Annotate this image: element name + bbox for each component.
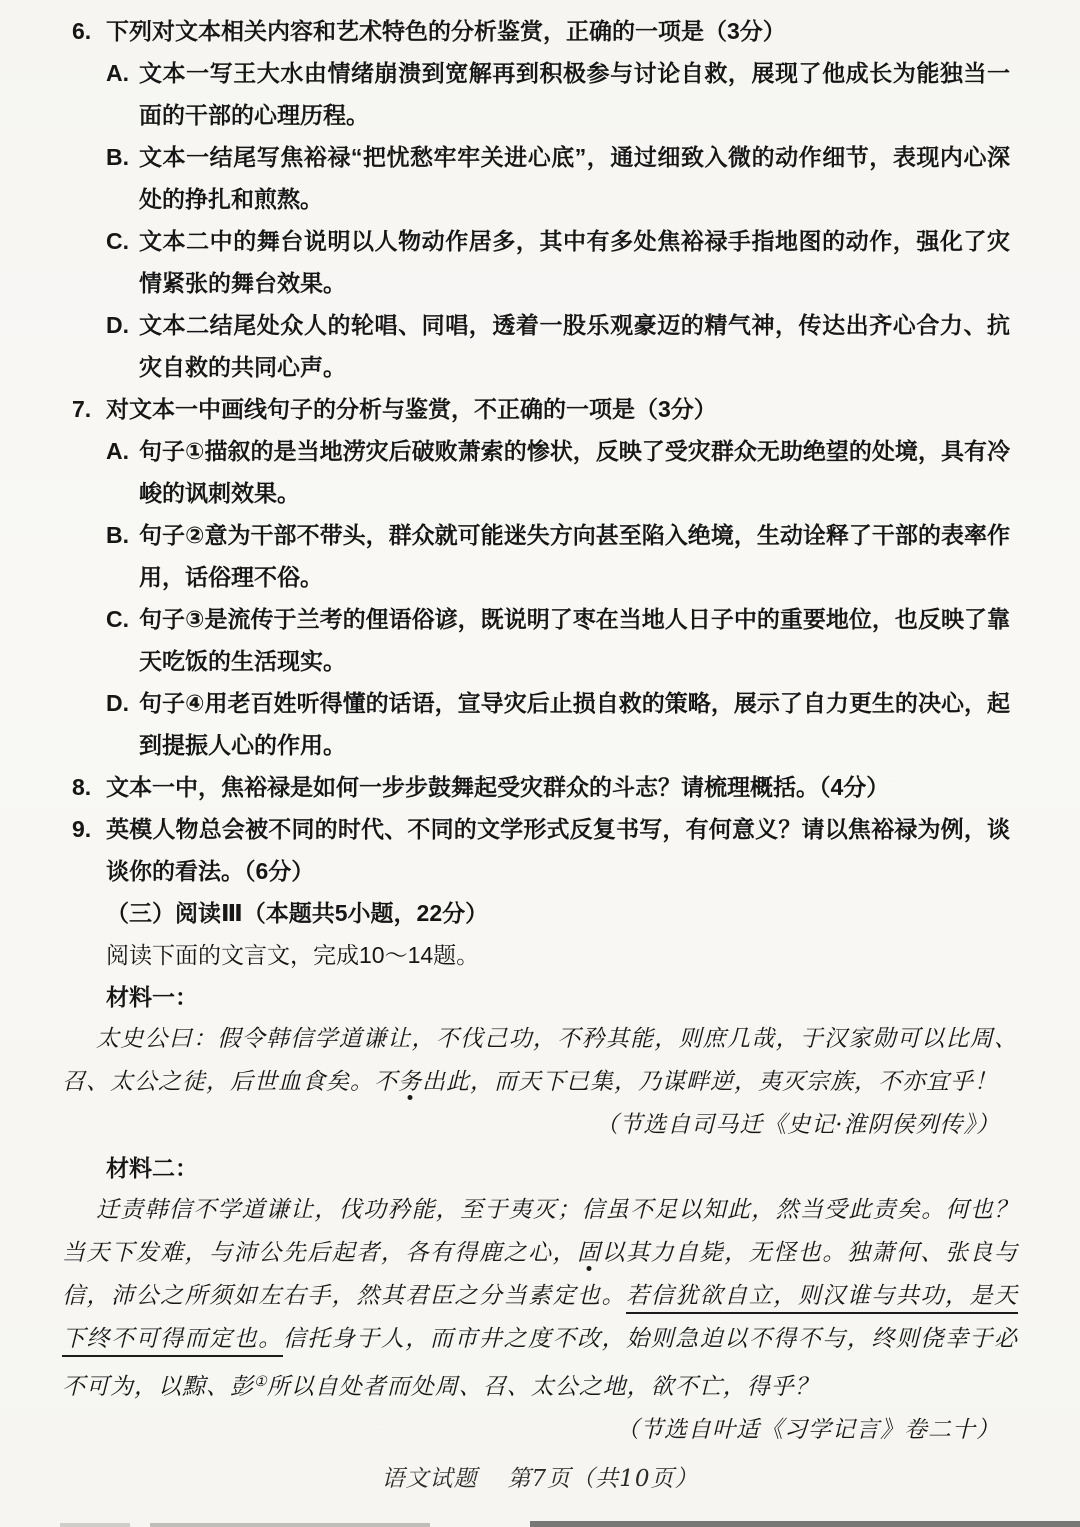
- question-7-number: 7.: [72, 388, 106, 430]
- question-6-stem-row: 6. 下列对文本相关内容和艺术特色的分析鉴赏，正确的一项是（3分）: [72, 10, 1010, 52]
- material-1-passage: 太史公曰：假令韩信学道谦让，不伐己功，不矜其能，则庶几哉，于汉家勋可以比周、召、…: [62, 1018, 1018, 1104]
- option-letter: A.: [106, 430, 139, 472]
- option-letter: A.: [106, 52, 139, 94]
- section-3-heading: （三）阅读Ⅲ（本题共5小题，22分）: [72, 892, 1010, 934]
- question-7-stem: 对文本一中画线句子的分析与鉴赏，不正确的一项是（3分）: [106, 388, 1010, 430]
- option-text: 句子③是流传于兰考的俚语俗谚，既说明了枣在当地人日子中的重要地位，也反映了靠天吃…: [139, 598, 1010, 682]
- footer-page-number: 第7页（共10页）: [508, 1466, 699, 1492]
- scan-edge-artifact: [60, 1523, 130, 1527]
- scan-edge-artifact: [530, 1521, 1080, 1527]
- question-7-option-a: A. 句子①描叙的是当地涝灾后破败萧索的惨状，反映了受灾群众无助绝望的处境，具有…: [72, 430, 1010, 514]
- option-letter: B.: [106, 514, 139, 556]
- question-9: 9. 英模人物总会被不同的时代、不同的文学形式反复书写，有何意义？请以焦裕禄为例…: [72, 808, 1010, 892]
- question-7-stem-row: 7. 对文本一中画线句子的分析与鉴赏，不正确的一项是（3分）: [72, 388, 1010, 430]
- option-text: 文本一结尾写焦裕禄“把忧愁牢牢关进心底”，通过细致入微的动作细节，表现内心深处的…: [139, 136, 1010, 220]
- question-6: 6. 下列对文本相关内容和艺术特色的分析鉴赏，正确的一项是（3分） A. 文本一…: [72, 10, 1010, 388]
- question-6-option-b: B. 文本一结尾写焦裕禄“把忧愁牢牢关进心底”，通过细致入微的动作细节，表现内心…: [72, 136, 1010, 220]
- question-6-stem: 下列对文本相关内容和艺术特色的分析鉴赏，正确的一项是（3分）: [106, 10, 1010, 52]
- question-6-option-c: C. 文本二中的舞台说明以人物动作居多，其中有多处焦裕禄手指地图的动作，强化了灾…: [72, 220, 1010, 304]
- reading-instruction: 阅读下面的文言文，完成10～14题。: [72, 934, 1010, 976]
- material-2-source: （节选自叶适《习学记言》卷二十）: [62, 1409, 1018, 1452]
- question-8-stem-row: 8. 文本一中，焦裕禄是如何一步步鼓舞起受灾群众的斗志？请梳理概括。（4分）: [72, 766, 1010, 808]
- option-text: 文本一写王大水由情绪崩溃到宽解再到积极参与讨论自救，展现了他成长为能独当一面的干…: [139, 52, 1010, 136]
- question-9-number: 9.: [72, 808, 106, 850]
- scan-edge-artifact: [150, 1523, 430, 1527]
- option-text: 句子④用老百姓听得懂的话语，宣导灾后止损自救的策略，展示了自力更生的决心，起到提…: [139, 682, 1010, 766]
- question-7-option-b: B. 句子②意为干部不带头，群众就可能迷失方向甚至陷入绝境，生动诠释了干部的表率…: [72, 514, 1010, 598]
- footer-subject: 语文试题: [382, 1466, 478, 1492]
- page-footer: 语文试题第7页（共10页）: [0, 1460, 1080, 1493]
- material-2-label: 材料二：: [72, 1147, 1010, 1189]
- material-2-passage: 迁责韩信不学道谦让，伐功矜能，至于夷灭；信虽不足以知此，然当受此责矣。何也？当天…: [62, 1189, 1018, 1409]
- material-1-source: （节选自司马迁《史记·淮阴侯列传》）: [62, 1104, 1018, 1147]
- question-6-option-a: A. 文本一写王大水由情绪崩溃到宽解再到积极参与讨论自救，展现了他成长为能独当一…: [72, 52, 1010, 136]
- question-9-stem: 英模人物总会被不同的时代、不同的文学形式反复书写，有何意义？请以焦裕禄为例，谈谈…: [106, 808, 1010, 892]
- material-1-label: 材料一：: [72, 976, 1010, 1018]
- option-text: 文本二结尾处众人的轮唱、同唱，透着一股乐观豪迈的精气神，传达出齐心合力、抗灾自救…: [139, 304, 1010, 388]
- option-letter: C.: [106, 220, 139, 262]
- question-6-number: 6.: [72, 10, 106, 52]
- option-text: 句子①描叙的是当地涝灾后破败萧索的惨状，反映了受灾群众无助绝望的处境，具有冷峻的…: [139, 430, 1010, 514]
- question-7-option-c: C. 句子③是流传于兰考的俚语俗谚，既说明了枣在当地人日子中的重要地位，也反映了…: [72, 598, 1010, 682]
- question-8-number: 8.: [72, 766, 106, 808]
- option-letter: C.: [106, 598, 139, 640]
- question-7-option-d: D. 句子④用老百姓听得懂的话语，宣导灾后止损自救的策略，展示了自力更生的决心，…: [72, 682, 1010, 766]
- question-6-option-d: D. 文本二结尾处众人的轮唱、同唱，透着一股乐观豪迈的精气神，传达出齐心合力、抗…: [72, 304, 1010, 388]
- option-text: 文本二中的舞台说明以人物动作居多，其中有多处焦裕禄手指地图的动作，强化了灾情紧张…: [139, 220, 1010, 304]
- option-text: 句子②意为干部不带头，群众就可能迷失方向甚至陷入绝境，生动诠释了干部的表率作用，…: [139, 514, 1010, 598]
- option-letter: D.: [106, 682, 139, 724]
- option-letter: D.: [106, 304, 139, 346]
- question-8: 8. 文本一中，焦裕禄是如何一步步鼓舞起受灾群众的斗志？请梳理概括。（4分）: [72, 766, 1010, 808]
- exam-page: 6. 下列对文本相关内容和艺术特色的分析鉴赏，正确的一项是（3分） A. 文本一…: [0, 0, 1080, 1527]
- question-7: 7. 对文本一中画线句子的分析与鉴赏，不正确的一项是（3分） A. 句子①描叙的…: [72, 388, 1010, 766]
- question-8-stem: 文本一中，焦裕禄是如何一步步鼓舞起受灾群众的斗志？请梳理概括。（4分）: [106, 766, 1010, 808]
- question-9-stem-row: 9. 英模人物总会被不同的时代、不同的文学形式反复书写，有何意义？请以焦裕禄为例…: [72, 808, 1010, 892]
- option-letter: B.: [106, 136, 139, 178]
